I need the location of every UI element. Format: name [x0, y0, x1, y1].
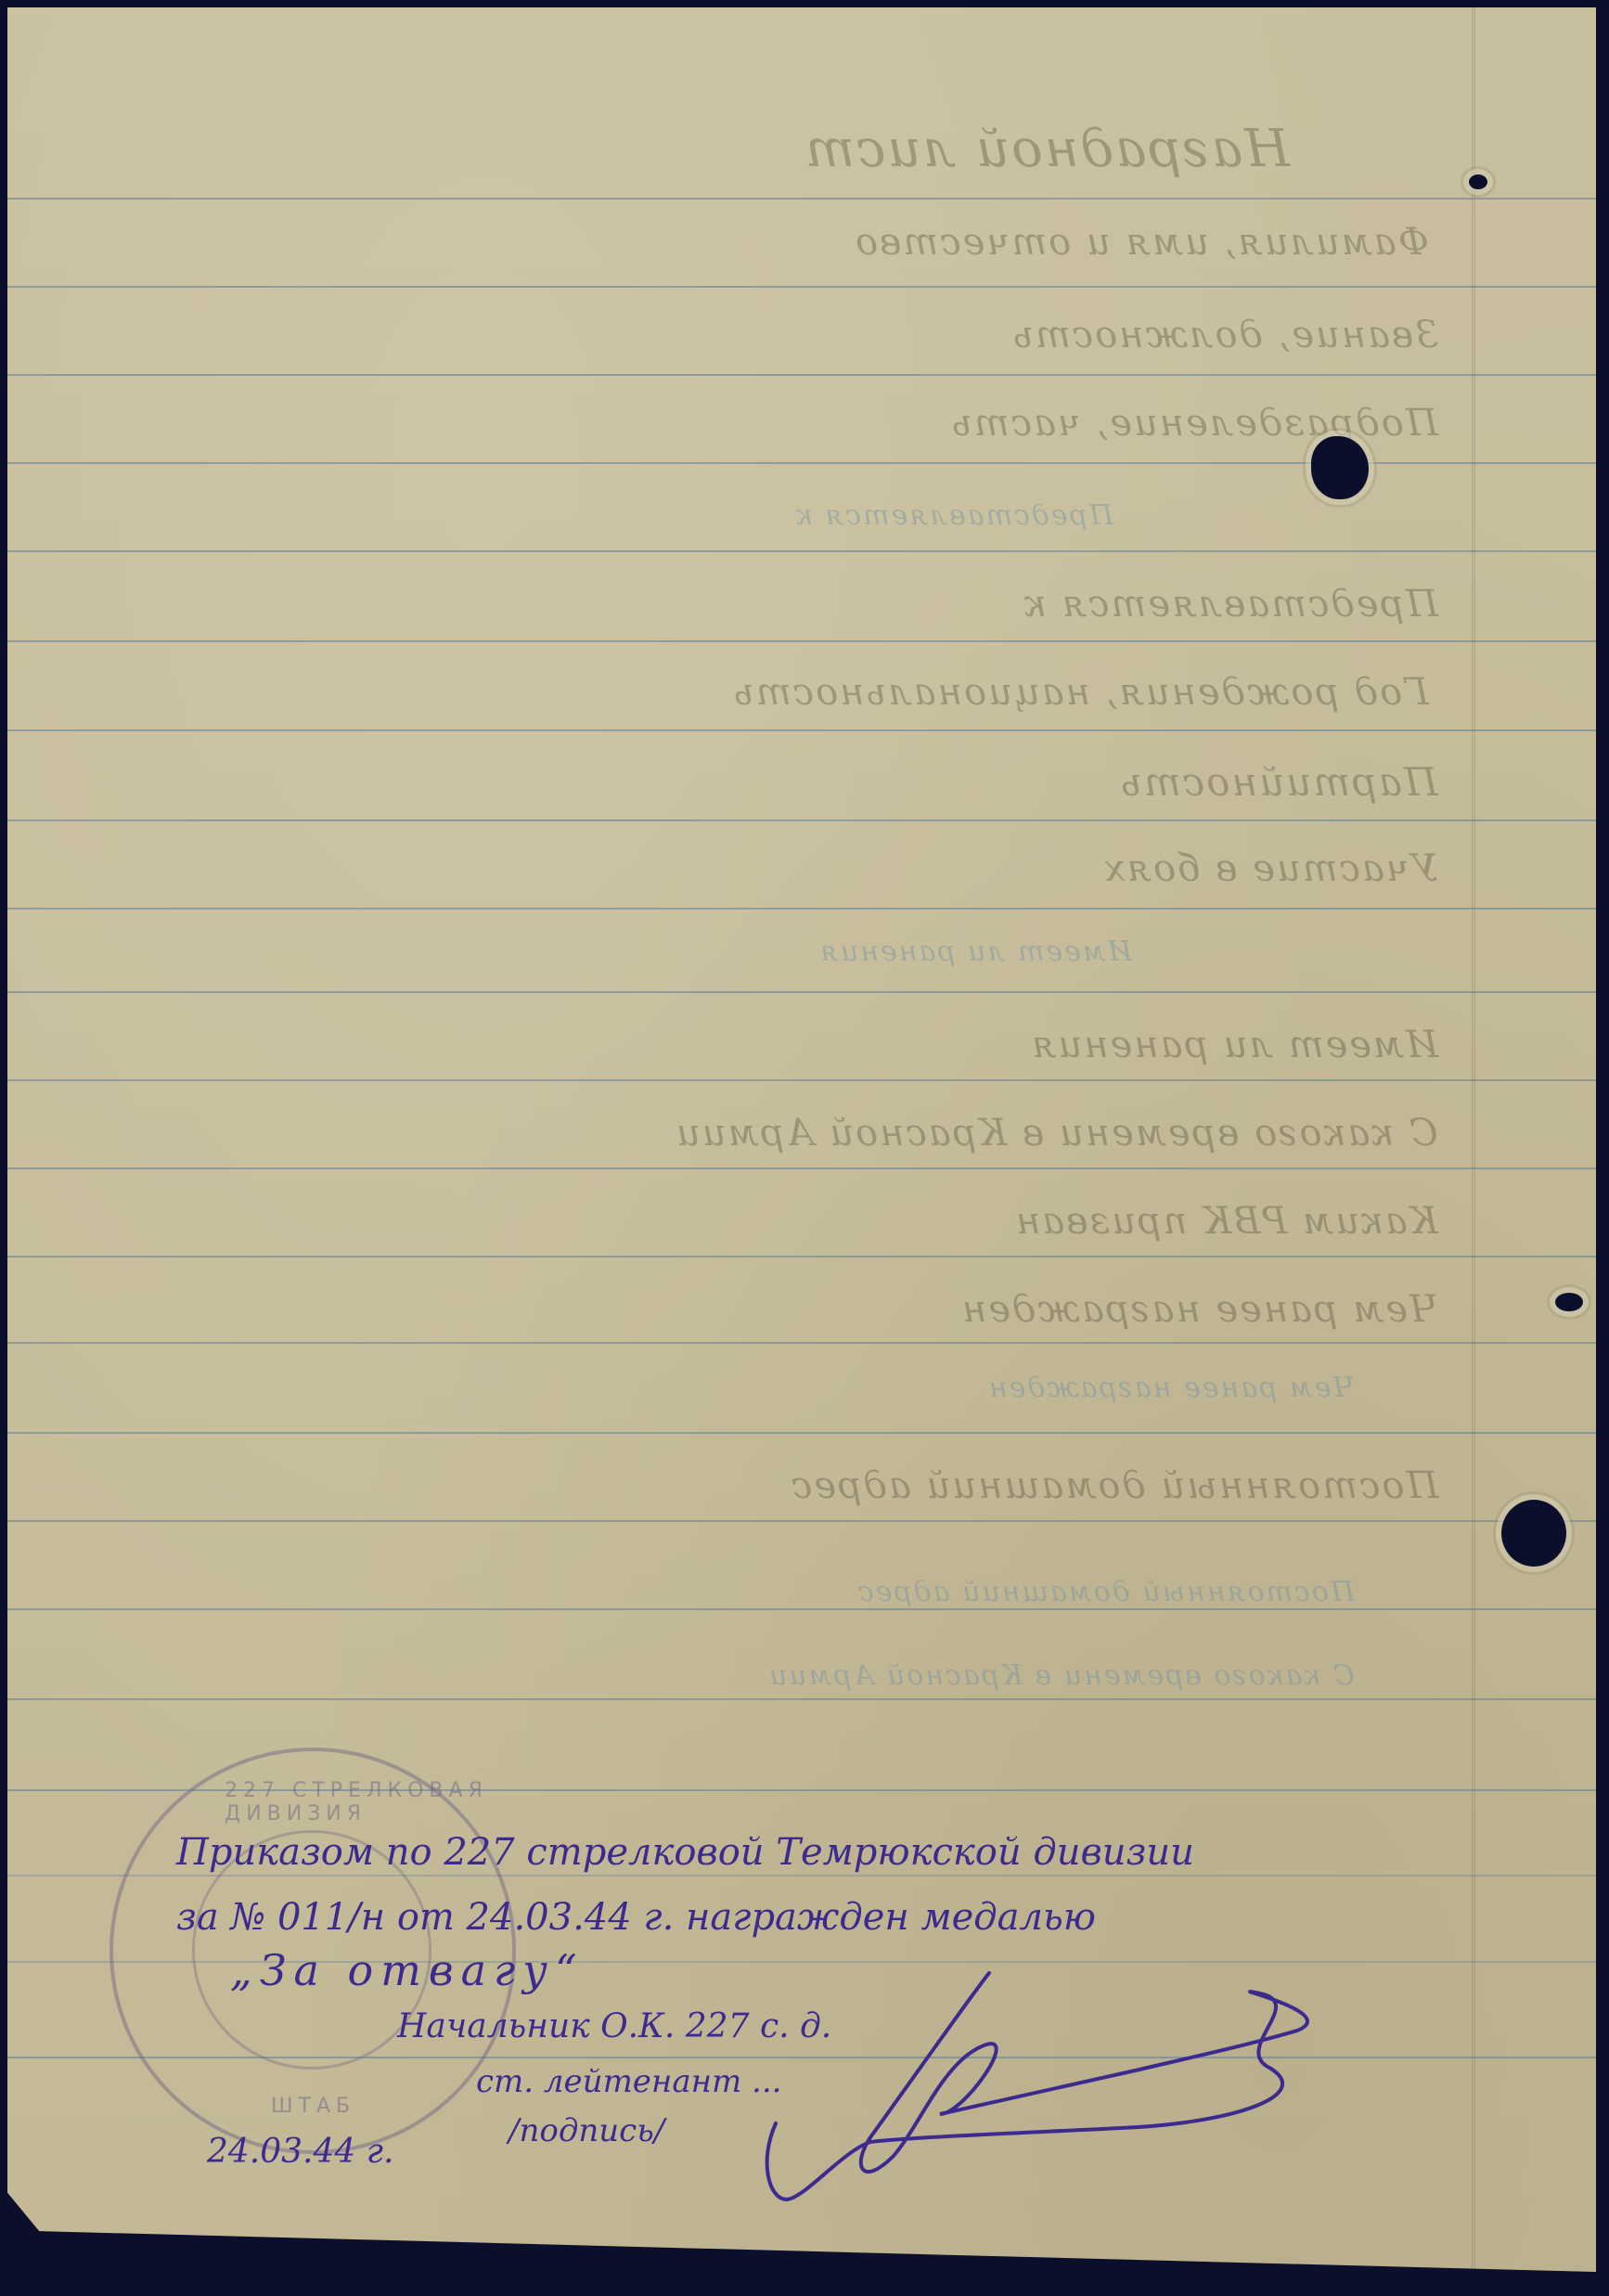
stamp-text-top: 227 СТРЕЛКОВАЯ ДИВИЗИЯ [225, 1779, 512, 1825]
ruled-line [7, 374, 1596, 376]
paper-hole [1469, 174, 1487, 189]
bleed-through-line: Звание, должность [1011, 314, 1438, 356]
ruled-line [7, 1608, 1596, 1610]
bleed-through-line: С какого времени в Красной Армии [767, 1659, 1355, 1692]
ruled-line [7, 286, 1596, 288]
handwritten-signature [750, 1956, 1492, 2235]
bleed-through-line: Подразделение, часть [950, 402, 1438, 445]
ruled-line [7, 1432, 1596, 1434]
bleed-through-line: Постоянный домашний адрес [790, 1464, 1438, 1507]
fold-crease [1474, 7, 1475, 2272]
bleed-through-line: Наградной лист [804, 119, 1290, 179]
bleed-through-line: Представляется к [1023, 583, 1438, 626]
award-order-line-2: за № 011/н от 24.03.44 г. награжден меда… [176, 1896, 1096, 1939]
medal-name: „За отвагу“ [230, 1945, 585, 1995]
paper-hole [1555, 1293, 1583, 1311]
paper-hole [1311, 436, 1369, 499]
annotation-date: 24.03.44 г. [207, 2133, 393, 2171]
ruled-line [7, 1698, 1596, 1700]
bleed-through-line: Имеет ли ранения [1030, 1024, 1438, 1066]
bleed-through-line: Представляется к [794, 499, 1113, 532]
ruled-line [7, 640, 1596, 642]
ruled-line [7, 1520, 1596, 1522]
bleed-through-line: Фамилия, имя и отчество [854, 221, 1429, 264]
ruled-line [7, 1342, 1596, 1344]
stamp-text-bottom: ШТАБ [271, 2095, 355, 2118]
bleed-through-line: Год рождения, национальность [732, 671, 1429, 714]
document-sheet: Наградной лист Фамилия, имя и отчество З… [7, 7, 1596, 2272]
bleed-through-line: С какого времени в Красной Армии [675, 1112, 1438, 1154]
ruled-line [7, 198, 1596, 200]
ruled-line [7, 819, 1596, 821]
bleed-through-line: Чем ранее награжден [987, 1372, 1355, 1404]
paper-hole [1501, 1500, 1566, 1567]
ruled-line [7, 1167, 1596, 1169]
signatory-rank: ст. лейтенант ... [476, 2063, 781, 2100]
ruled-line [7, 1079, 1596, 1081]
ruled-line [7, 729, 1596, 731]
ruled-line [7, 991, 1596, 993]
ruled-line [7, 1256, 1596, 1258]
bleed-through-line: Участие в боях [1102, 847, 1438, 890]
bleed-through-line: Партийность [1119, 759, 1438, 805]
bleed-through-line: Имеет ли ранения [818, 935, 1132, 968]
bleed-through-line: Каким РВК призван [1014, 1200, 1438, 1243]
margin-line [1472, 7, 1473, 2272]
ruled-line [7, 908, 1596, 909]
award-order-line-1: Приказом по 227 стрелковой Темрюкской ди… [176, 1831, 1194, 1874]
signature-label: /подпись/ [508, 2112, 664, 2149]
ruled-line [7, 550, 1596, 552]
bleed-through-line: Чем ранее награжден [960, 1288, 1438, 1331]
bleed-through-line: Постоянный домашний адрес [856, 1576, 1355, 1608]
